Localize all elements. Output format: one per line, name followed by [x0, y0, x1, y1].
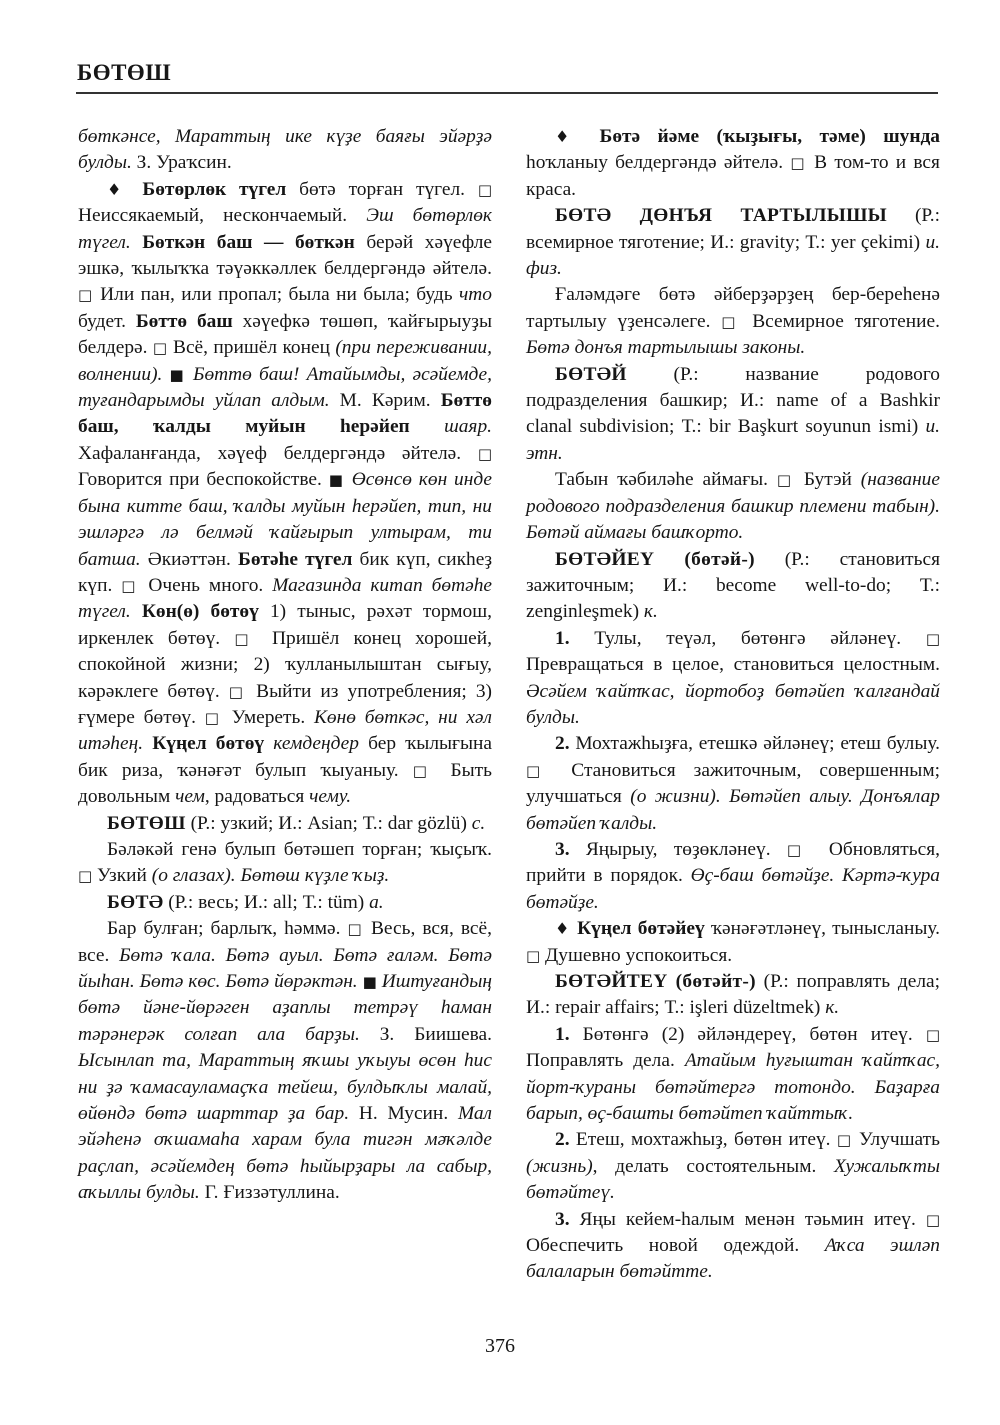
square-outline-icon: □	[413, 762, 437, 780]
idioms-paragraph: ♦ Бөтөрлөк түгел бөтә торған түгел. □ Не…	[78, 177, 492, 811]
header-rule	[76, 92, 938, 94]
square-outline-icon: □	[478, 181, 492, 199]
sense-number: 2.	[555, 1129, 570, 1150]
sense-2: 2. Мохтажһыҙға, етешкә әйләнеү; етеш бул…	[526, 731, 940, 837]
continued-example: бөткәнсе, Мараттың ике күҙе баяғы эйәрҙә…	[78, 124, 492, 177]
idiom: Бөтәһе түгел	[238, 549, 352, 570]
sense-2: 2. Етеш, мохтажһыҙ, бөтөн итеү. □ Улучша…	[526, 1127, 940, 1206]
square-filled-icon: ■	[169, 366, 185, 384]
square-outline-icon: □	[229, 683, 247, 701]
entry-header-botosh: БӨТӨШ (Р.: узкий; И.: Asian; Т.: dar göz…	[78, 811, 492, 837]
definition: Бәләкәй генә булып бөтәшеп торған; ҡыҫыҡ…	[78, 837, 492, 890]
entry-header-boteyeu: БӨТӘЙЕҮ (бөтәй-) (Р.: становиться зажито…	[526, 547, 940, 626]
square-outline-icon: □	[926, 630, 940, 648]
square-outline-icon: □	[790, 154, 807, 172]
running-head: БӨТӨШ	[77, 60, 171, 86]
right-column: ♦ Бөтә йәме (ҡыҙығы, тәме) шунда һоҡланы…	[526, 124, 940, 1286]
square-outline-icon: □	[526, 947, 540, 965]
idiom: Бөтә йәме (ҡыҙығы, тәме) шунда	[600, 126, 940, 147]
sense-1: 1. Тулы, теүәл, бөтөнгә әйләнеү. □ Превр…	[526, 626, 940, 732]
idiom: Күңел бөтөү	[152, 733, 264, 754]
square-outline-icon: □	[777, 471, 795, 489]
square-outline-icon: □	[121, 577, 139, 595]
page-number: 376	[0, 1335, 1000, 1358]
diamond-icon: ♦	[555, 127, 600, 146]
square-outline-icon: □	[926, 1026, 940, 1044]
sense-3: 3. Яңы кейем-һалым менән тәьмин итеү. □ …	[526, 1207, 940, 1286]
square-filled-icon: ■	[329, 471, 345, 489]
sense-number: 1.	[555, 628, 570, 649]
definition: Бар булған; барлыҡ, һәммә. □ Весь, вся, …	[78, 916, 492, 1206]
square-outline-icon: □	[78, 867, 92, 885]
part-of-speech: к.	[825, 997, 839, 1018]
part-of-speech: с.	[472, 813, 485, 834]
square-filled-icon: ■	[363, 973, 377, 991]
idiom: Күңел бөтәйеү	[577, 918, 705, 939]
part-of-speech: а.	[369, 892, 384, 913]
entry-header-botey: БӨТӘЙ (Р.: название родового подразделен…	[526, 362, 940, 468]
idiom-paragraph: ♦ Бөтә йәме (ҡыҙығы, тәме) шунда һоҡланы…	[526, 124, 940, 203]
sense-1: 1. Бөтөнгә (2) әйләндереү, бөтөн итеү. □…	[526, 1022, 940, 1128]
square-outline-icon: □	[205, 709, 223, 727]
idiom: Бөтөрлөк түгел	[142, 179, 286, 200]
sense-number: 3.	[555, 839, 570, 860]
idiom: Бөттө баш	[136, 311, 233, 332]
diamond-icon: ♦	[555, 919, 577, 938]
definition: Табын ҡәбиләһе аймағы. □ Бутэй (название…	[526, 467, 940, 546]
square-outline-icon: □	[348, 920, 364, 938]
square-outline-icon: □	[478, 445, 492, 463]
part-of-speech: к.	[644, 601, 658, 622]
headword: БӨТӘЙ	[555, 364, 627, 385]
entry-header-boteyteu: БӨТӘЙТЕҮ (бөтәйт-) (Р.: поправлять дела;…	[526, 969, 940, 1022]
headword: БӨТӘ	[107, 892, 163, 913]
sense-number: 1.	[555, 1024, 570, 1045]
headword: БӨТӨШ	[107, 813, 186, 834]
square-outline-icon: □	[526, 762, 553, 780]
square-outline-icon: □	[837, 1131, 853, 1149]
square-outline-icon: □	[787, 841, 813, 859]
idiom: Көн(ө) бөтөү	[142, 601, 259, 622]
sense-number: 2.	[555, 733, 570, 754]
diamond-icon: ♦	[107, 180, 142, 199]
headword: БӨТӘ ДӨНЪЯ ТАРТЫЛЫШЫ	[555, 205, 887, 226]
square-outline-icon: □	[926, 1211, 940, 1229]
square-outline-icon: □	[234, 630, 258, 648]
sense-3: 3. Яңырыу, төҙөкләнеү. □ Обновляться, пр…	[526, 837, 940, 916]
headword: БӨТӘЙТЕҮ (бөтәйт-)	[555, 971, 756, 992]
square-outline-icon: □	[153, 339, 168, 357]
entry-header-bote: БӨТӘ (Р.: весь; И.: all; Т.: tüm) а.	[78, 890, 492, 916]
sense-number: 3.	[555, 1209, 570, 1230]
square-outline-icon: □	[721, 313, 741, 331]
square-outline-icon: □	[78, 286, 94, 304]
idiom: Бөткән баш — бөткән	[142, 232, 355, 253]
definition: Ғаләмдәге бөтә әйберҙәрҙең бер-береһенә …	[526, 282, 940, 361]
headword: БӨТӘЙЕҮ (бөтәй-)	[555, 549, 755, 570]
left-column: бөткәнсе, Мараттың ике күҙе баяғы эйәрҙә…	[78, 124, 492, 1207]
entry-header-bote-donya: БӨТӘ ДӨНЪЯ ТАРТЫЛЫШЫ (Р.: всемирное тяго…	[526, 203, 940, 282]
idiom-paragraph: ♦ Күңел бөтәйеү ҡәнәғәтләнеү, тынысланыу…	[526, 916, 940, 969]
